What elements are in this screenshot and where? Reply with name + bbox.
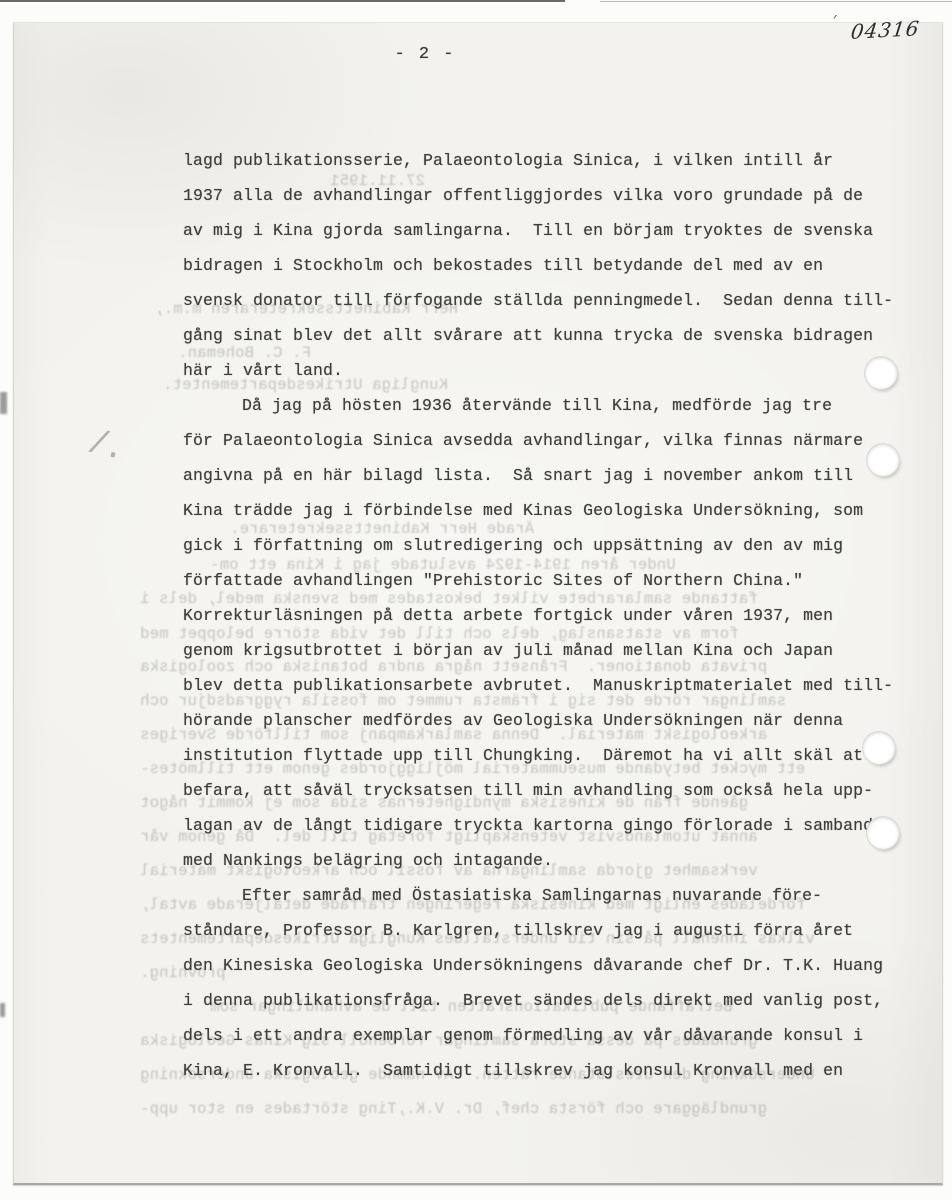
typed-line: befara, att såväl trycksatsen till min a… [183, 773, 923, 808]
hole-punch [864, 356, 898, 390]
hole-punch [866, 443, 900, 477]
typed-line: Kina trädde jag i förbindelse med Kinas … [183, 493, 923, 528]
typed-line: Korrekturläsningen på detta arbete fortg… [183, 598, 923, 633]
typed-line: här i vårt land. [183, 353, 923, 388]
typed-line: den Kinesiska Geologiska Undersökningens… [183, 948, 923, 983]
page-number: - 2 - [0, 45, 850, 64]
scan-edge-artifact [600, 1, 952, 2]
hole-punch [862, 731, 896, 765]
typed-line: av mig i Kina gjorda samlingarna. Till e… [183, 213, 923, 248]
typed-line: hörande planscher medfördes av Geologisk… [183, 703, 923, 738]
typed-line: genom krigsutbrottet i början av juli må… [183, 633, 923, 668]
handwritten-archive-number: 04316 [850, 16, 922, 44]
typed-line: lagd publikationsserie, Palaeontologia S… [183, 143, 923, 178]
typed-line: 1937 alla de avhandlingar offentliggjord… [183, 178, 923, 213]
typed-line: lagan av de långt tidigare tryckta karto… [183, 808, 923, 843]
typed-line: i denna publikationsfråga. Brevet sändes… [183, 983, 923, 1018]
typed-line: bidragen i Stockholm och bekostades till… [183, 248, 923, 283]
typed-line: institution flyttade upp till Chungking.… [183, 738, 923, 773]
typed-line: ståndare, Professor B. Karlgren, tillskr… [183, 913, 923, 948]
typed-line: för Palaeontologia Sinica avsedda avhand… [183, 423, 923, 458]
scan-edge-artifact [0, 0, 565, 2]
hole-punch [866, 816, 900, 850]
typed-lines: lagd publikationsserie, Palaeontologia S… [183, 143, 923, 1088]
document-scan: , 27.11.1951Herr Kabinettssekreteraren m… [0, 0, 952, 1200]
typed-line: gång sinat blev det allt svårare att kun… [183, 318, 923, 353]
typed-line: gick i författning om slutredigering och… [183, 528, 923, 563]
typed-line: Efter samråd med Östasiatiska Samlingarn… [183, 878, 923, 913]
scan-edge-smudge [0, 1003, 5, 1017]
corner-pen-mark: , [832, 5, 843, 21]
typed-line: dels i ett andra exemplar genom förmedli… [183, 1018, 923, 1053]
typed-line: blev detta publikationsarbete avbrutet. … [183, 668, 923, 703]
typed-line: författade avhandlingen "Prehistoric Sit… [183, 563, 923, 598]
typed-line: angivna på en här bilagd lista. Så snart… [183, 458, 923, 493]
typed-line: Då jag på hösten 1936 återvände till Kin… [183, 388, 923, 423]
scan-edge-smudge [0, 392, 7, 414]
typed-line: svensk donator till förfogande ställda p… [183, 283, 923, 318]
typed-line: med Nankings belägring och intagande. [183, 843, 923, 878]
typed-line: Kina, E. Kronvall. Samtidigt tillskrev j… [183, 1053, 923, 1088]
